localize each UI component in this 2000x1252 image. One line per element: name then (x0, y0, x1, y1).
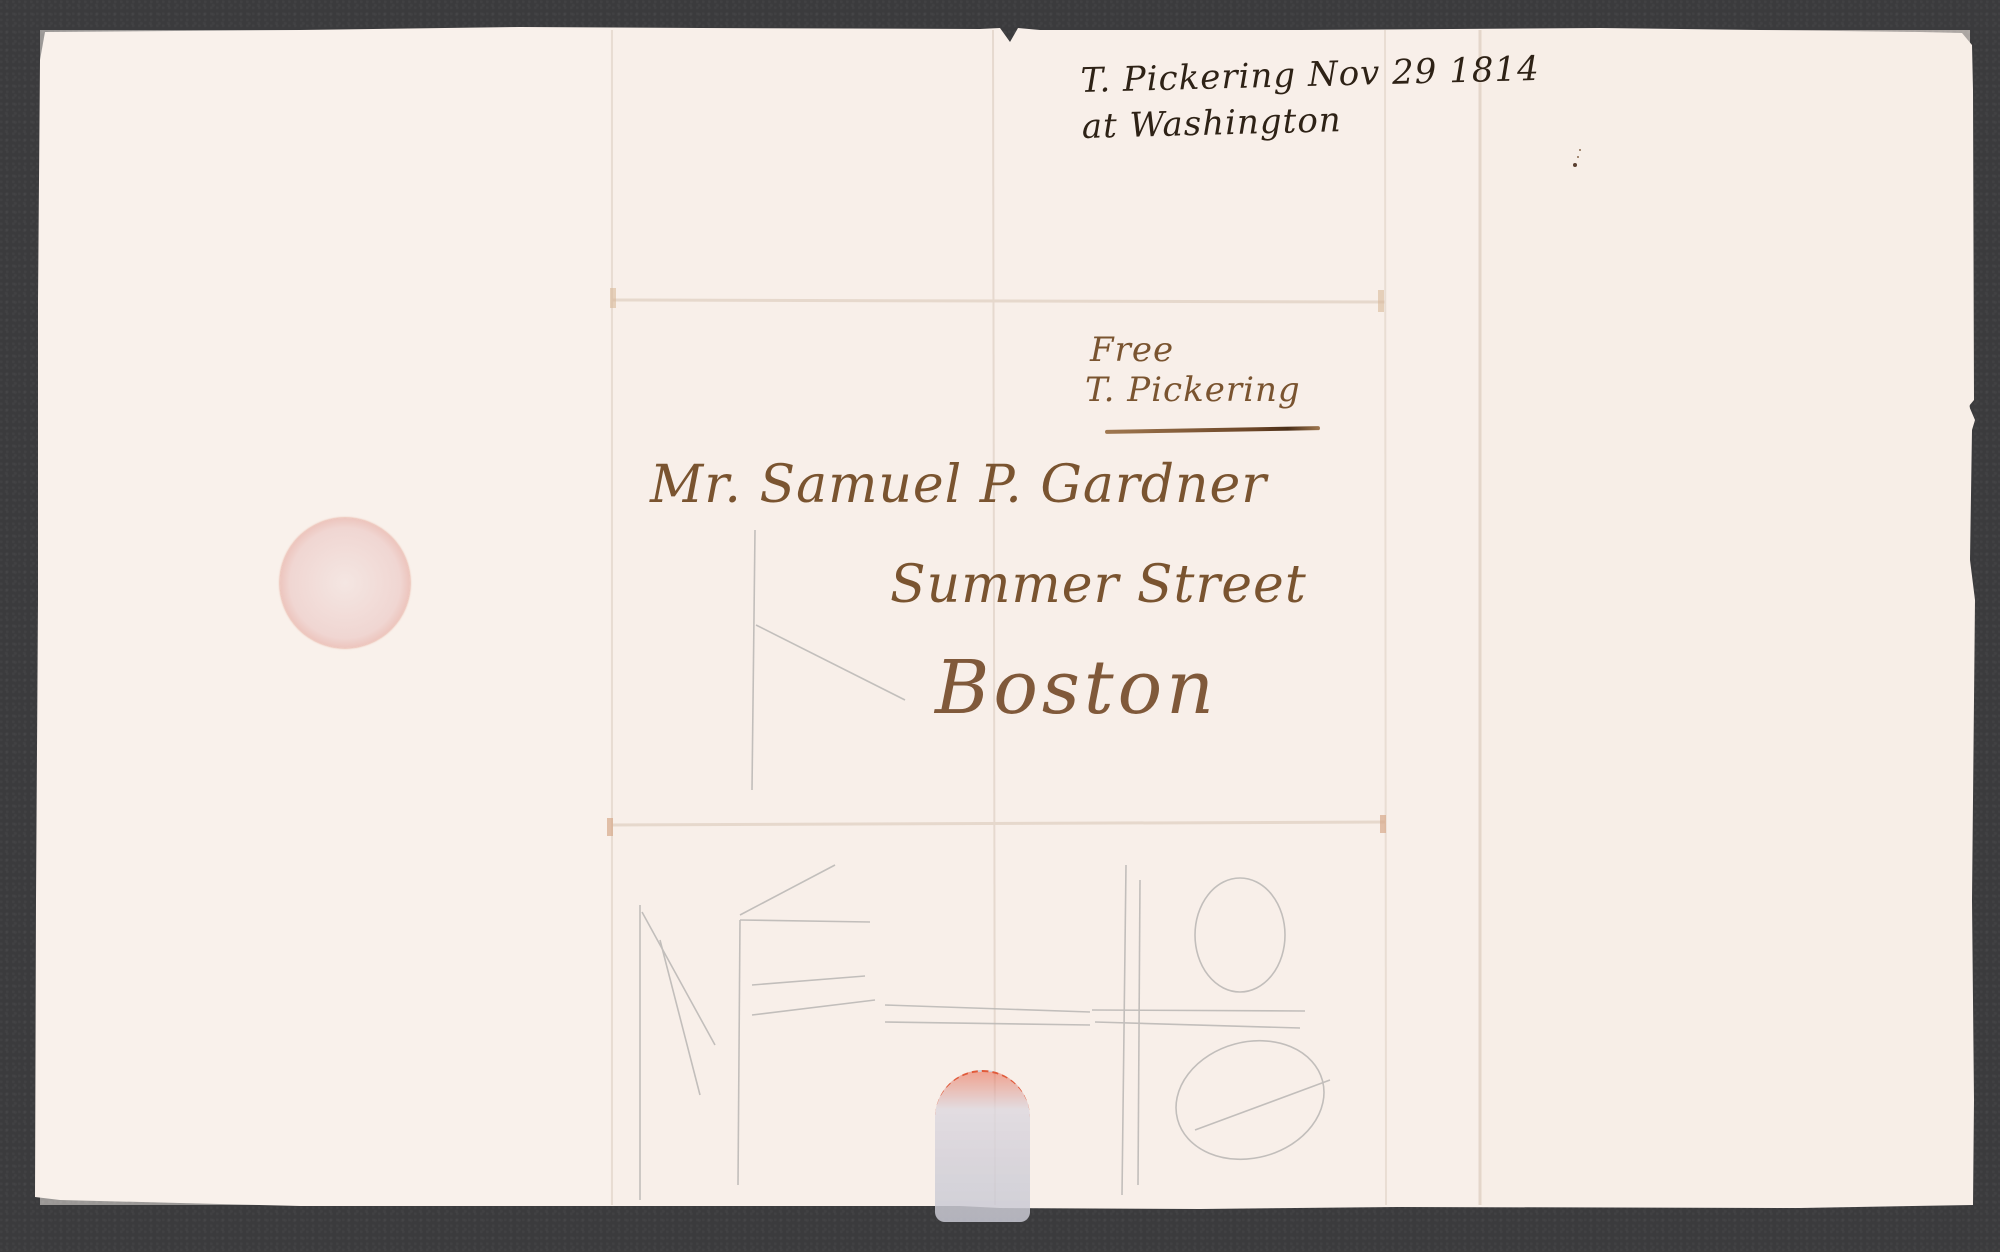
address-street: Summer Street (890, 555, 1307, 615)
address-addressee: Mr. Samuel P. Gardner (650, 455, 1267, 515)
letter-sheet: T. Pickering Nov 29 1814 at Washington F… (0, 0, 2000, 1252)
wax-seal-left (280, 518, 410, 648)
address-city: Boston (935, 645, 1218, 731)
wax-seal-bottom (935, 1070, 1030, 1222)
frank-name: T. Pickering (1085, 370, 1301, 410)
docket-line-1: T. Pickering Nov 29 1814 (1080, 49, 1540, 101)
docket-note: T. Pickering Nov 29 1814 at Washington (1080, 46, 1542, 150)
frank-free: Free (1085, 330, 1301, 370)
frank-signature: Free T. Pickering (1085, 330, 1301, 410)
